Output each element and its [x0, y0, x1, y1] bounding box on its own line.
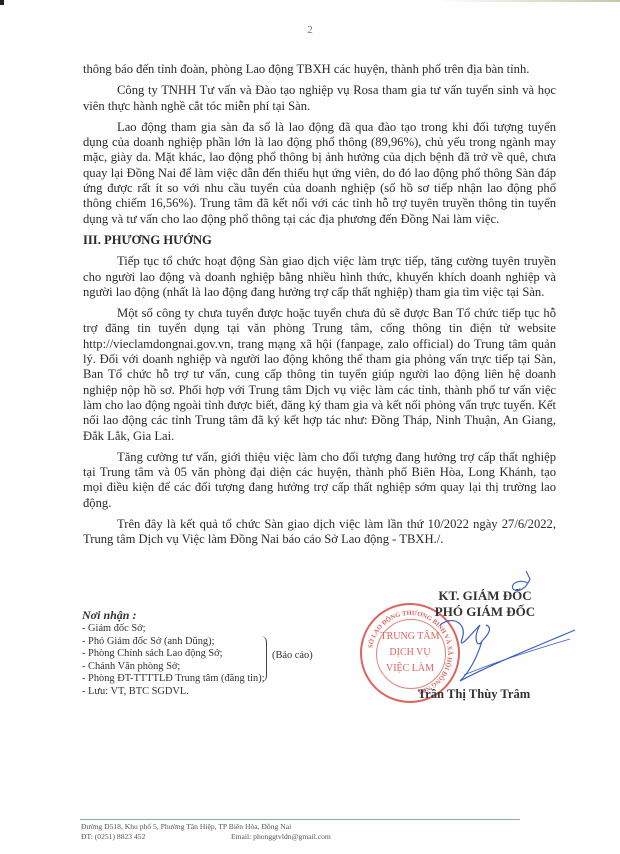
- paragraph-unemployment: Tăng cường tư vấn, giới thiệu việc làm c…: [83, 450, 556, 511]
- recipient-item: - Giám đốc Sở;: [82, 623, 362, 636]
- paragraph-continuation: thông báo đến tỉnh đoàn, phòng Lao động …: [83, 62, 556, 77]
- footer-address: Đường D518, Khu phố 5, Phường Tân Hiệp, …: [81, 822, 541, 832]
- paragraph-direction: Tiếp tục tổ chức hoạt động Sàn giao dịch…: [83, 254, 556, 300]
- document-page: 2 thông báo đến tỉnh đoàn, phòng Lao độn…: [0, 0, 620, 854]
- footer-email: Email: phonggtvldn@gmail.com: [231, 832, 331, 842]
- recipient-item: - Phòng ĐT-TTTTLĐ Trung tâm (đăng tin);: [82, 673, 362, 686]
- recipients-block: Nơi nhận : - Giám đốc Sở; - Phó Giám đốc…: [82, 608, 362, 699]
- signer-name: Trần Thị Thùy Trâm: [404, 687, 544, 702]
- paragraph-labor-analysis: Lao động tham gia sàn đa số là lao động …: [83, 120, 556, 227]
- paragraph-support: Một số công ty chưa tuyển được hoặc tuyể…: [83, 306, 556, 444]
- paragraph-conclusion: Trên đây là kết quả tổ chức Sàn giao dịc…: [83, 517, 556, 548]
- recipient-item: - Phòng Chính sách Lao động Sở;: [82, 648, 362, 661]
- page-number: 2: [0, 24, 620, 36]
- footer: Đường D518, Khu phố 5, Phường Tân Hiệp, …: [81, 822, 541, 842]
- recipients-list: - Giám đốc Sở; - Phó Giám đốc Sở (anh Dũ…: [82, 623, 362, 699]
- handwritten-signature-icon: [380, 565, 580, 695]
- brace-icon: [260, 636, 267, 682]
- recipient-item: - Phó Giám đốc Sở (anh Dũng);: [82, 636, 362, 649]
- footer-divider: [80, 819, 520, 820]
- recipient-item: - Lưu: VT, BTC SGDVL.: [82, 686, 362, 699]
- scan-corner-mark: [0, 0, 4, 5]
- paragraph-rosa: Công ty TNHH Tư vấn và Đào tạo nghiệp vụ…: [83, 83, 556, 114]
- brace-label: (Báo cáo): [272, 650, 313, 663]
- recipients-title: Nơi nhận :: [82, 608, 362, 623]
- scan-edge-shadow: [440, 0, 620, 2]
- section-heading: III. PHƯƠNG HƯỚNG: [83, 233, 556, 248]
- recipient-item: - Chánh Văn phòng Sở;: [82, 661, 362, 674]
- document-body: thông báo đến tỉnh đoàn, phòng Lao động …: [83, 62, 556, 554]
